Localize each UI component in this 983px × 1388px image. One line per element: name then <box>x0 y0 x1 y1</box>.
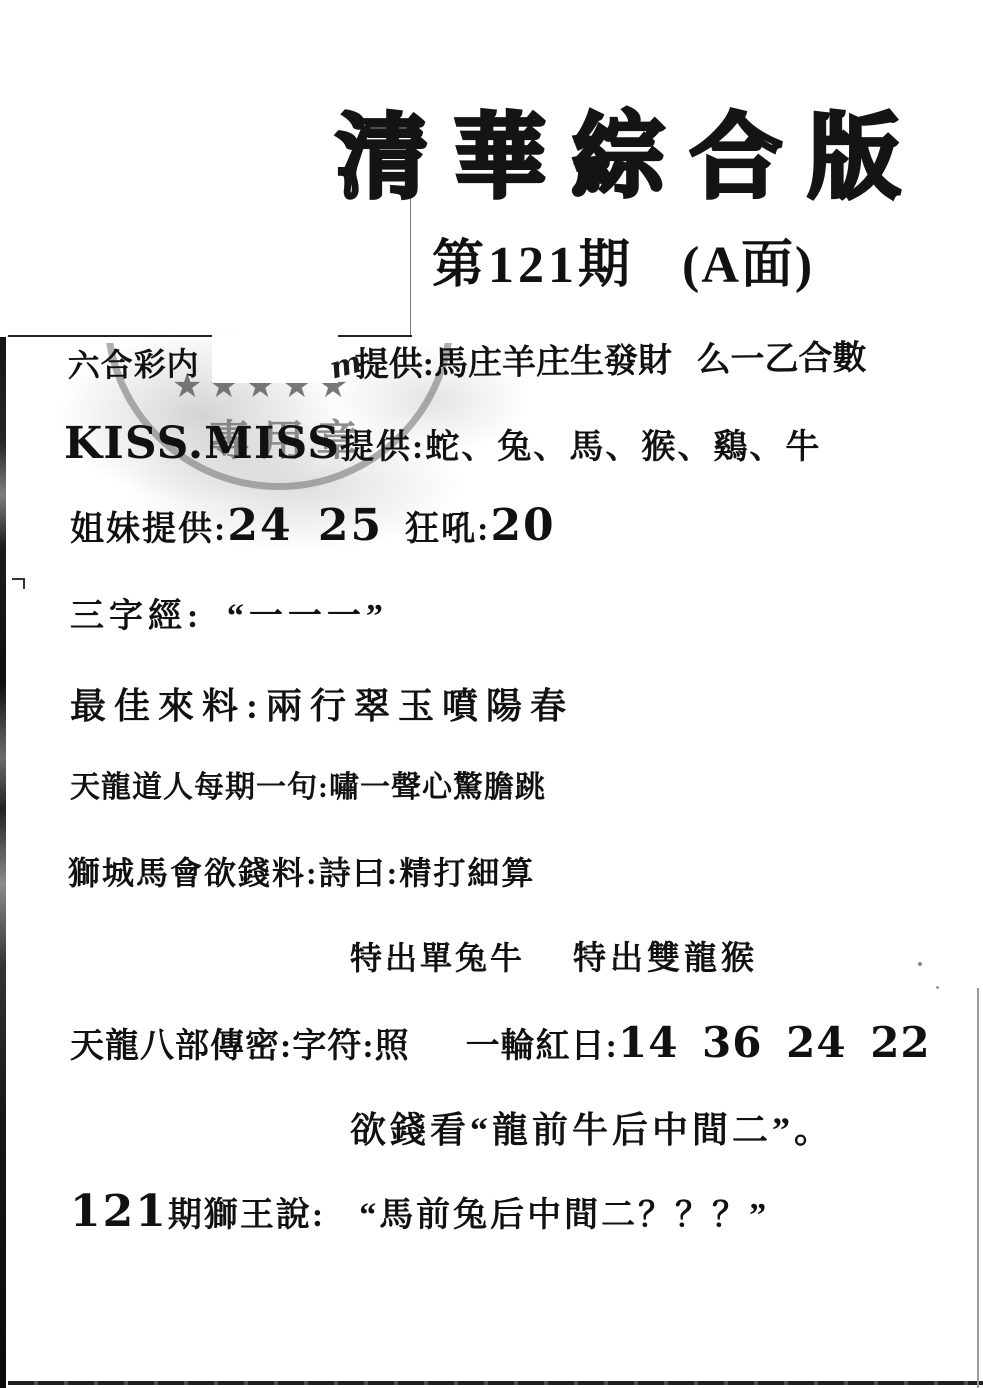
line-best-material: 最佳來料:兩行翠玉噴陽春 <box>70 678 574 729</box>
issue-number: 第121期 <box>432 237 634 294</box>
red-sun-numbers: 14 36 24 22 <box>618 1018 931 1067</box>
line-kiss-miss-tips: KISS.MISS提供:蛇、兔、馬、猴、鷄、牛 <box>64 418 821 469</box>
line-lion-city-verse: 獅城馬會欲錢料:詩曰:精打細算 <box>68 848 535 894</box>
secret-label: 天龍八部傳密:字符:照 <box>70 1028 410 1065</box>
scan-speck <box>936 986 939 989</box>
issue-side: (A面) <box>682 237 814 294</box>
special-double-pick: 特出雙龍猴 <box>573 941 758 977</box>
roar-number: 20 <box>490 500 555 551</box>
top-rule-line <box>8 335 412 337</box>
lion-king-label: 期獅王說: <box>168 1197 325 1234</box>
line-three-character-classic: 三字經: “一一一” <box>70 588 388 637</box>
issue-line: 第121期(A面) <box>432 222 814 297</box>
roar-label: 狂吼: <box>405 511 490 548</box>
sisters-label: 姐妹提供: <box>70 511 227 548</box>
line-lottery-source-left: 六合彩内 <box>67 339 200 387</box>
lion-king-quote: “馬前兔后中間二？？？” <box>359 1197 769 1234</box>
scan-speck <box>918 962 922 966</box>
corner-registration-mark <box>12 578 25 589</box>
bottom-edge-scan-line <box>8 1381 983 1385</box>
sisters-numbers: 24 25 <box>227 500 383 551</box>
special-single-pick: 特出單兔牛 <box>350 940 525 976</box>
lion-king-issue-number: 121 <box>70 1186 168 1237</box>
line-tianlong-secret: 天龍八部傳密:字符:照一輪紅日:14 36 24 22 <box>70 1018 931 1067</box>
kiss-miss-animals: 提供:蛇、兔、馬、猴、鷄、牛 <box>340 429 821 466</box>
red-sun-label: 一輪紅日: <box>466 1028 618 1065</box>
line-special-picks: 特出單兔牛特出雙龍猴 <box>350 932 758 979</box>
lottery-tip-sheet-scan: 清華綜合版 第121期(A面) ★★★★★ 專用章 六合彩内 提供:馬庄羊庄生發… <box>0 0 983 1388</box>
right-edge-scan-line <box>977 988 979 1388</box>
line-lottery-source-right: 提供:馬庄羊庄生發財 么一乙合數 <box>354 330 866 386</box>
left-edge-scan-strip <box>0 337 6 1388</box>
line-money-hint: 欲錢看“龍前牛后中間二”。 <box>350 1102 834 1153</box>
kiss-miss-label: KISS.MISS <box>64 418 340 469</box>
page-title: 清華綜合版 <box>336 84 926 216</box>
correction-patch <box>212 335 338 383</box>
line-tianlong-phrase: 天龍道人每期一句:嘯一聲心驚膽跳 <box>70 762 546 806</box>
line-sisters-tips: 姐妹提供:24 25狂吼:20 <box>70 500 556 551</box>
line-lion-king-says: 121期獅王說:“馬前兔后中間二？？？” <box>70 1186 769 1237</box>
